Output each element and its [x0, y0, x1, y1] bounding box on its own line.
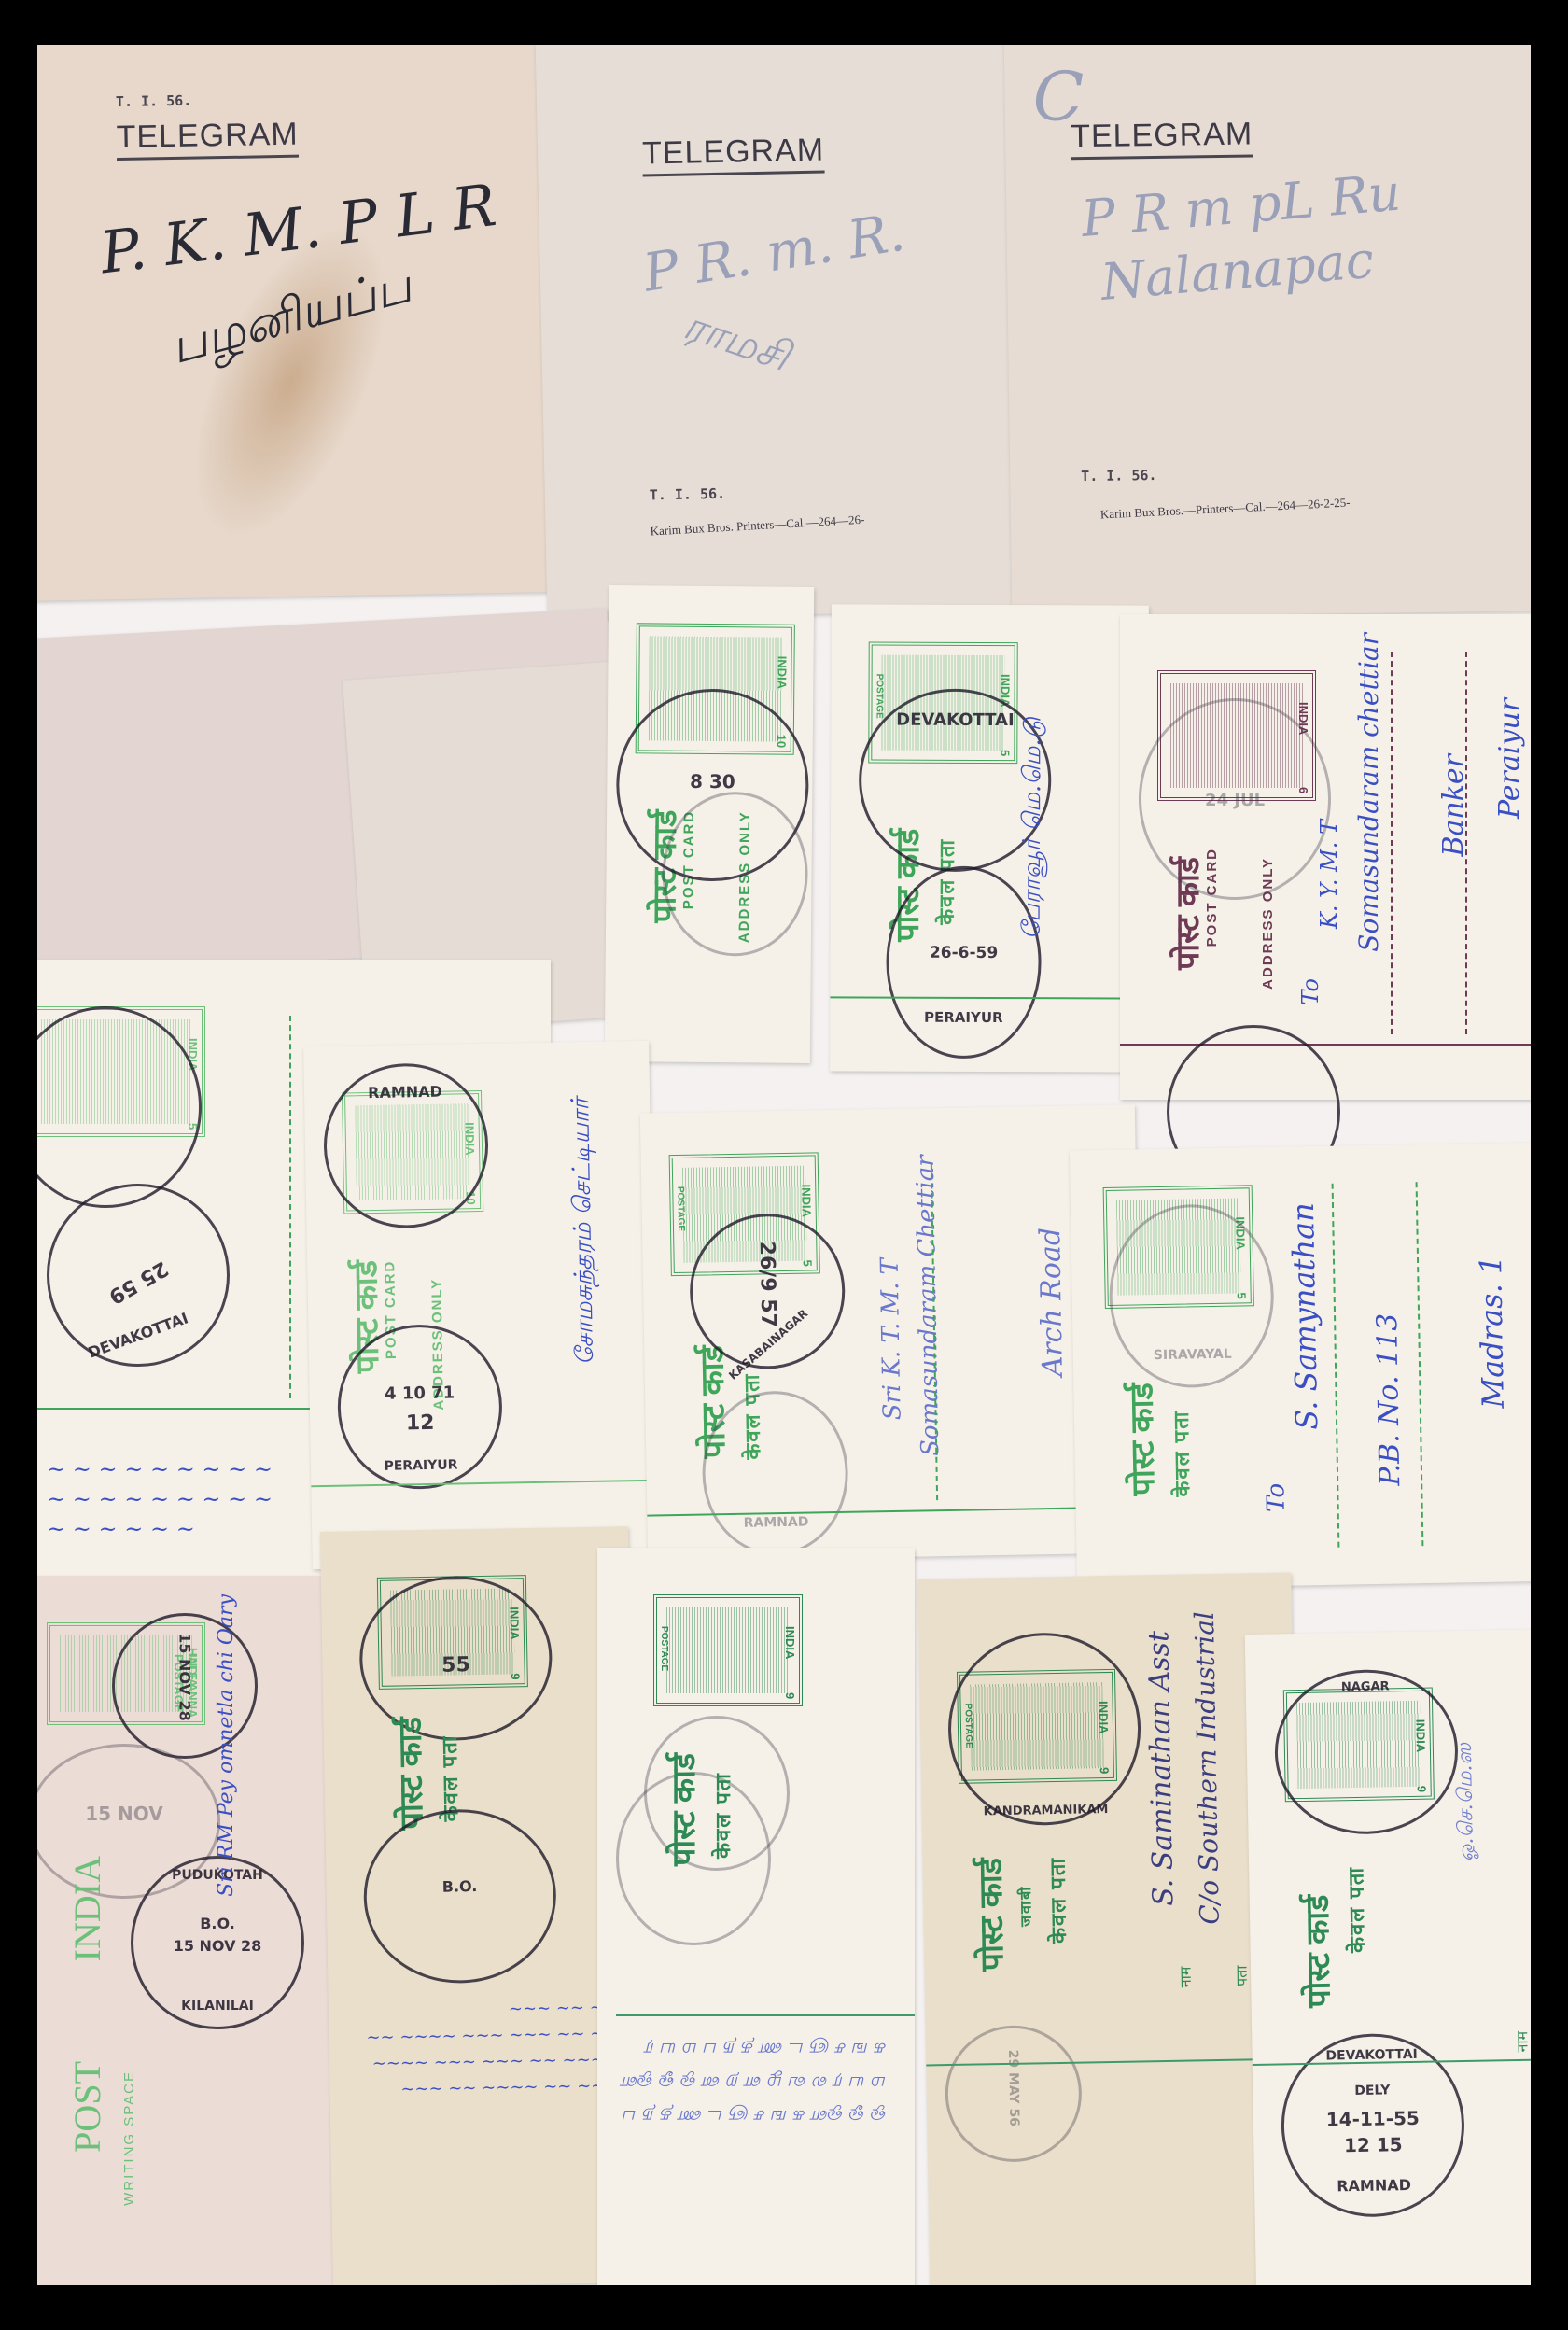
postmark: B.O.	[362, 1808, 557, 1986]
address-line-box: P.B. No. 113	[1371, 1312, 1407, 1485]
postcard-1: INDIA10 पोस्ट कार्ड POST CARD ADDRESS ON…	[605, 585, 814, 1063]
divider	[1120, 1044, 1531, 1046]
handwritten-message: ~~~ ~~ ~~~~ ~~ ~~~ ~~~~ ~~ ~~~ ~~~ ~~~~ …	[347, 1993, 620, 2102]
postcard-address-label: केवल पता	[1043, 1857, 1073, 1944]
address-line-guide	[1391, 652, 1393, 1034]
address-line-town: Peraiyur	[1493, 698, 1526, 819]
postmark: 4 10 71 12 PERAIYUR	[336, 1324, 503, 1491]
telegram-title: TELEGRAM	[116, 117, 299, 161]
postcard-12: INDIA9 NAGAR पोस्ट कार्ड केवल पता DEVAKO…	[1245, 1629, 1531, 2285]
stamp-country-label: INDIA	[783, 1626, 797, 1659]
address-line-guide	[1465, 652, 1467, 1034]
telegram-form-code: T. I. 56.	[1081, 467, 1157, 484]
postcard-printed-writing-space: WRITING SPACE	[121, 2070, 137, 2206]
divider	[616, 2014, 915, 2016]
telegram-address-line-2: ராமசி	[676, 301, 795, 386]
stamp-postage-label: POSTAGE	[659, 1626, 669, 1671]
address-line-to: To	[1262, 1483, 1291, 1513]
stamp-trimurti: INDIA9POSTAGE	[653, 1594, 803, 1706]
telegram-3: C TELEGRAM P R m pL Ru Nalanapac T. I. 5…	[1004, 45, 1531, 618]
handwritten-message: Sri RM Pey omnetla chi Oary	[215, 1594, 238, 1897]
postcard-7: INDIA5 SIRAVAYAL पोस्ट कार्ड केवल पता To…	[1070, 1142, 1531, 1589]
divider	[311, 1480, 656, 1487]
handwritten-address: ஓ.செ.மெ.ஸ	[1452, 1743, 1479, 1862]
address-line-name: S. Saminathan Asst	[1142, 1631, 1180, 1906]
postcard-3: INDIA6 पोस्ट कार्ड POST CARD ADDRESS ONL…	[1120, 614, 1531, 1100]
postcard-hindi-title: पोस्ट कार्ड	[1120, 1383, 1165, 1496]
field-label-name: नाम	[1177, 1966, 1197, 1987]
postcard-hindi-title: पोस्ट कार्ड	[969, 1858, 1014, 1972]
postmark: 25 59 DEVAKOTTAI	[47, 1184, 230, 1367]
address-line-to: To	[1297, 978, 1323, 1005]
address-line-name-2: Somasundaram chettiar	[1353, 633, 1384, 952]
postcard-address-label: केवल पता	[1168, 1410, 1197, 1496]
address-line-street: Arch Road	[1034, 1228, 1070, 1377]
postcard-10: INDIA9POSTAGE पोस्ट कार्ड केवल पता ஒ ஓ ஔ…	[597, 1548, 915, 2285]
telegram-2: TELEGRAM P R. m. R. ராமசி T. I. 56. Kari…	[536, 45, 1071, 620]
postcard-5: INDIA10 RAMNAD पोस्ट कार्ड POST CARD ADD…	[303, 1041, 658, 1569]
postcard-6: INDIA5POSTAGE पोस्ट कार्ड केवल पता 26/9 …	[640, 1104, 1142, 1561]
stamp-country-label: INDIA	[799, 1184, 814, 1217]
postmark: 29 MAY 56	[945, 2025, 1084, 2164]
postmark-faint: RAMNAD	[701, 1390, 849, 1557]
postcard-address-label: केवल पता	[709, 1772, 737, 1859]
telegram-printer-line: Karim Bux Bros. Printers—Cal.—264—26-	[650, 512, 865, 540]
telegram-title: TELEGRAM	[642, 132, 825, 176]
postcard-address-text: சோமசுந்தரம் செட்டியார்	[566, 1098, 600, 1366]
address-line-guide	[289, 1016, 291, 1398]
postcard-hindi-title: पोस्ट कार्ड	[1296, 1894, 1341, 2008]
postmark: 24 JUL	[1139, 698, 1331, 900]
telegram-form-code: T. I. 56.	[116, 92, 192, 110]
stamp-country-label: INDIA	[775, 656, 789, 690]
address-line-guide	[1416, 1182, 1424, 1546]
handwritten-message: ~ ~ ~ ~ ~ ~ ~ ~ ~ ~ ~ ~ ~ ~ ~ ~ ~ ~ ~ ~ …	[47, 1454, 289, 1544]
postcard-2: INDIA5POSTAGE पोस्ट कार्ड केवल पता DEVAK…	[830, 604, 1149, 1072]
address-line-guide	[1332, 1184, 1340, 1548]
telegram-printer-line: Karim Bux Bros.—Printers—Cal.—264—26-2-2…	[1100, 495, 1351, 522]
postcard-address-text: பேராவூர் மெ.மெ.டு	[1017, 717, 1048, 939]
postmark: NAGAR	[1273, 1668, 1459, 1835]
postcard-address-label: केवल पता	[1342, 1866, 1372, 1953]
address-line-company: C/o Southern Industrial	[1189, 1611, 1225, 1925]
postcard-reply-label: जवाबी	[1016, 1885, 1038, 1927]
photograph: T. I. 56. TELEGRAM P. K. M. P L R பழனியப…	[37, 45, 1531, 2285]
address-line-name: S. Samynathan	[1285, 1202, 1324, 1430]
address-line-name-2: Somasundaram Chettiar	[912, 1155, 945, 1456]
postcard-hindi-title: पोस्ट कार्ड	[663, 1753, 706, 1866]
postcard-hindi-title: पोस्ट कार्ड	[388, 1717, 433, 1831]
postmark-faint	[662, 792, 809, 957]
telegram-address-line-1: P R. m. R.	[639, 203, 909, 304]
postmark: 55	[358, 1575, 553, 1743]
field-label-name: नाम	[1513, 2031, 1531, 2053]
postcard-printed-post: POST	[65, 2061, 109, 2153]
address-line-city: Madras. 1	[1473, 1255, 1511, 1408]
telegram-form-code: T. I. 56.	[650, 485, 726, 504]
stamp-value-label: 9	[783, 1692, 797, 1699]
stamp-postage-label: POSTAGE	[675, 1186, 686, 1231]
address-line-name: K. Y. M. T	[1316, 820, 1342, 929]
address-line-name: Sri K. T. M. T	[876, 1258, 907, 1421]
postmark: KANDRAMANIKAM	[946, 1631, 1142, 1827]
telegram-title: TELEGRAM	[1071, 117, 1253, 161]
handwritten-message: ஒ ஓ ஔ க ங ச ஞ ட ண த ந ப ம ய ர ல வ ழ ள ற …	[616, 2033, 887, 2134]
postcard-9: INDIA9 55 पोस्ट कार्ड केवल पता B.O. ~~~ …	[320, 1526, 641, 2285]
postmark: 26/9 57 KASABAINAGAR	[689, 1213, 847, 1370]
postcard-printed-india: INDIA	[65, 1856, 109, 1961]
